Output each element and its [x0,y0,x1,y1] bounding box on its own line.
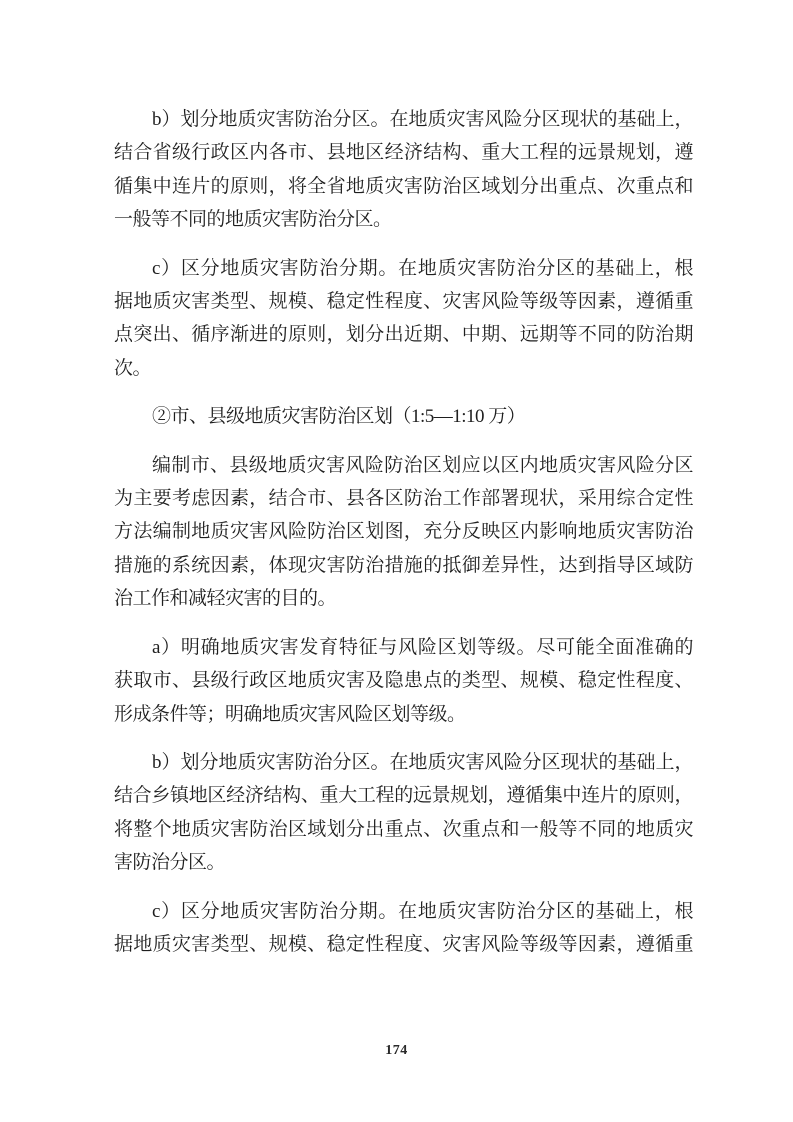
paragraph-c-province: c）区分地质灾害防治分期。在地质灾害防治分区的基础上，根 据地质灾害类型、规模、… [114,252,693,386]
text-line: 结合乡镇地区经济结构、重大工程的远景规划，遵循集中连片的原则， [114,779,693,812]
paragraph-compile-intro: 编制市、县级地质灾害风险防治区划应以区内地质灾害风险分区 为主要考虑因素，结合市… [114,449,693,616]
paragraph-b-city: b）划分地质灾害防治分区。在地质灾害风险分区现状的基础上， 结合乡镇地区经济结构… [114,746,693,880]
text-line: c）区分地质灾害防治分期。在地质灾害防治分区的基础上，根 [114,895,693,928]
text-line: 据地质灾害类型、规模、稳定性程度、灾害风险等级等因素，遵循重 [114,285,693,318]
paragraph-a-city: a）明确地质灾害发育特征与风险区划等级。尽可能全面准确的 获取市、县级行政区地质… [114,631,693,731]
page-number: 174 [0,1043,793,1059]
text-line: 据地质灾害类型、规模、稳定性程度、灾害风险等级等因素，遵循重 [114,928,693,961]
text-line: 获取市、县级行政区地质灾害及隐患点的类型、规模、稳定性程度、 [114,664,693,697]
text-line: c）区分地质灾害防治分期。在地质灾害防治分区的基础上，根 [114,252,693,285]
text-line: 将整个地质灾害防治区域划分出重点、次重点和一般等不同的地质灾 [114,813,693,846]
document-page: b）划分地质灾害防治分区。在地质灾害风险分区现状的基础上， 结合省级行政区内各市… [0,0,793,1122]
text-line: 次。 [114,352,693,385]
text-line: 害防治分区。 [114,846,693,879]
text-line: a）明确地质灾害发育特征与风险区划等级。尽可能全面准确的 [114,631,693,664]
section-heading: ②市、县级地质灾害防治区划（1:5—1:10 万） [114,400,693,433]
text-block: b）划分地质灾害防治分区。在地质灾害风险分区现状的基础上， 结合省级行政区内各市… [114,103,693,961]
paragraph-b-province: b）划分地质灾害防治分区。在地质灾害风险分区现状的基础上， 结合省级行政区内各市… [114,103,693,237]
text-line: b）划分地质灾害防治分区。在地质灾害风险分区现状的基础上， [114,103,693,136]
paragraph-c-city: c）区分地质灾害防治分期。在地质灾害防治分区的基础上，根 据地质灾害类型、规模、… [114,895,693,962]
text-line: 点突出、循序渐进的原则，划分出近期、中期、远期等不同的防治期 [114,318,693,351]
text-line: 循集中连片的原则，将全省地质灾害防治区域划分出重点、次重点和 [114,170,693,203]
heading-city-county-level: ②市、县级地质灾害防治区划（1:5—1:10 万） [114,400,693,433]
text-line: b）划分地质灾害防治分区。在地质灾害风险分区现状的基础上， [114,746,693,779]
text-line: 方法编制地质灾害风险防治区划图，充分反映区内影响地质灾害防治 [114,515,693,548]
text-line: 措施的系统因素，体现灾害防治措施的抵御差异性，达到指导区域防 [114,549,693,582]
text-line: 为主要考虑因素，结合市、县各区防治工作部署现状，采用综合定性 [114,482,693,515]
text-line: 治工作和减轻灾害的目的。 [114,582,693,615]
text-line: 一般等不同的地质灾害防治分区。 [114,203,693,236]
text-line: 形成条件等；明确地质灾害风险区划等级。 [114,698,693,731]
text-line: 结合省级行政区内各市、县地区经济结构、重大工程的远景规划，遵 [114,136,693,169]
text-line: 编制市、县级地质灾害风险防治区划应以区内地质灾害风险分区 [114,449,693,482]
